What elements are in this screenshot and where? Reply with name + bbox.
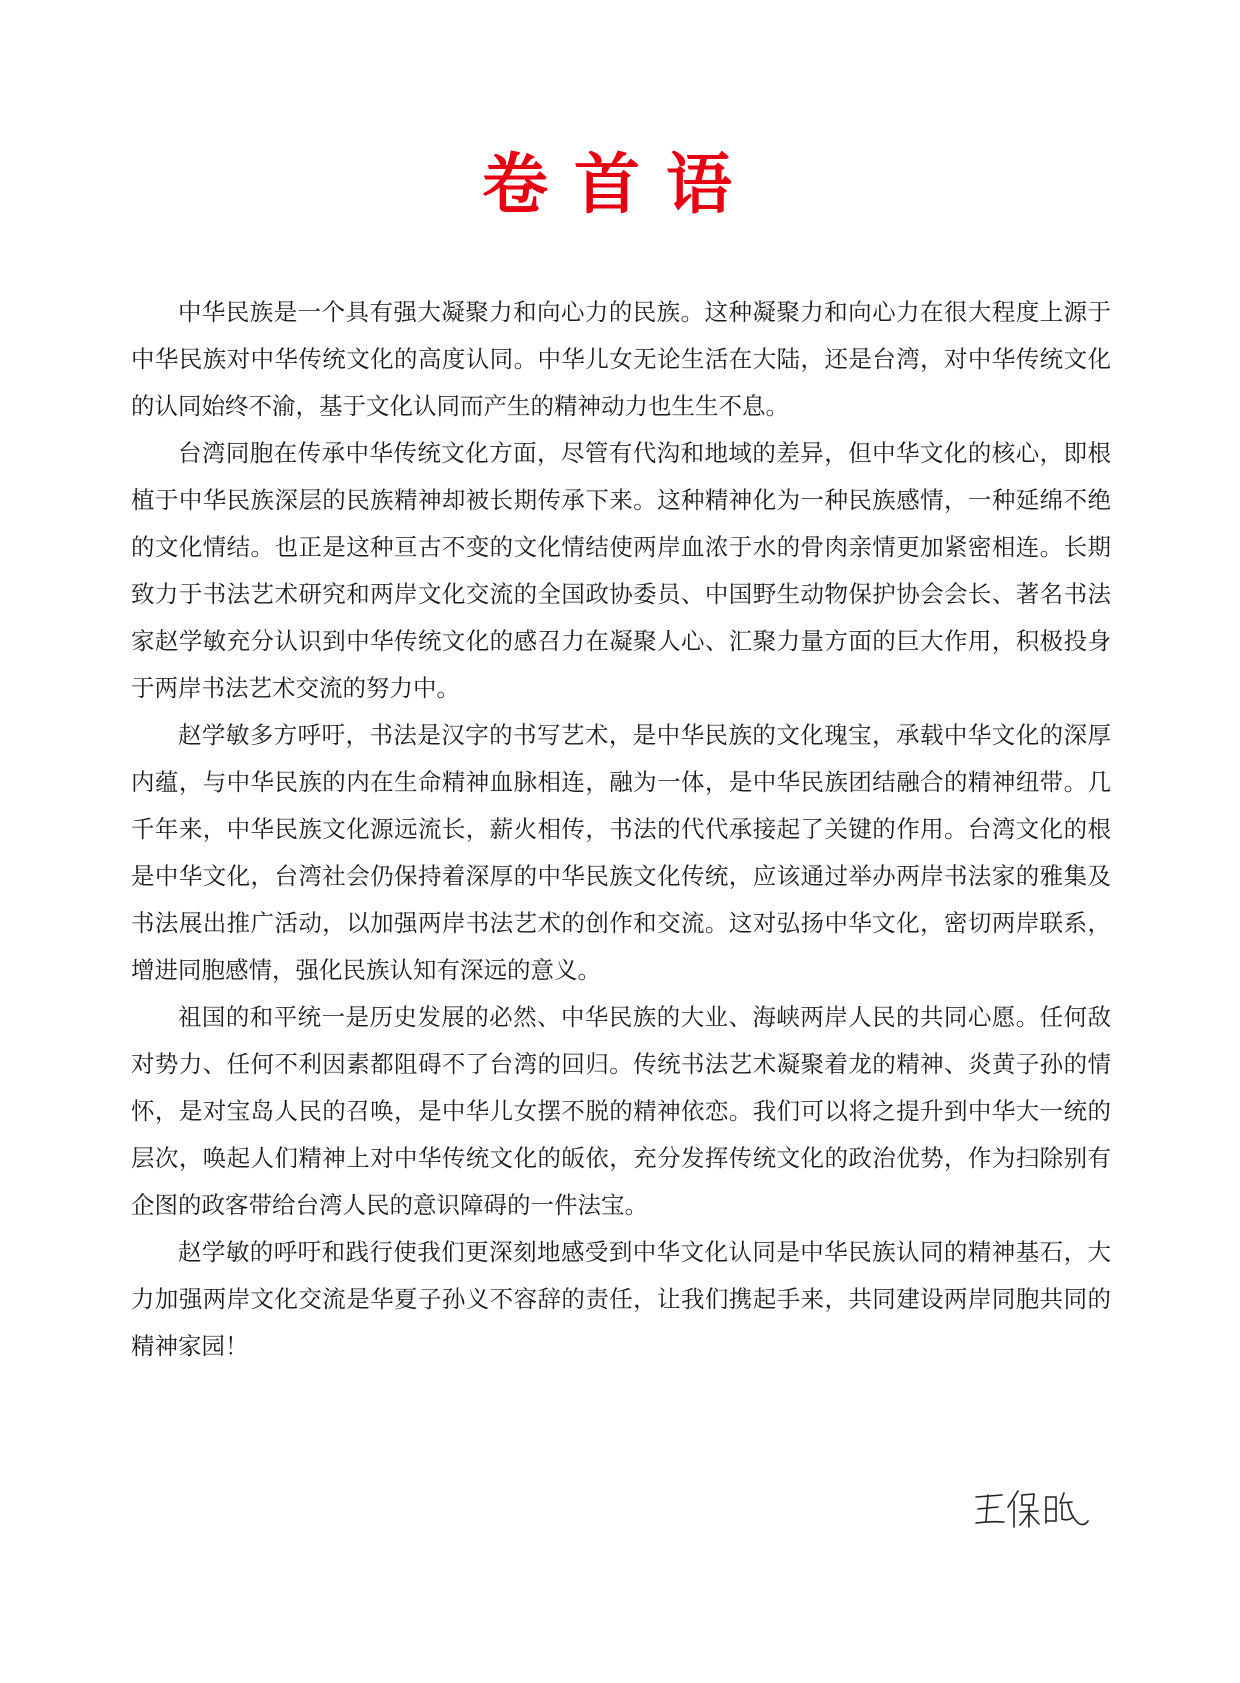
- page-title: 卷首语: [0, 140, 1240, 230]
- paragraph-5: 赵学敏的呼吁和践行使我们更深刻地感受到中华文化认同是中华民族认同的精神基石，大力…: [131, 1229, 1111, 1370]
- paragraph-4: 祖国的和平统一是历史发展的必然、中华民族的大业、海峡两岸人民的共同心愿。任何敌对…: [131, 994, 1111, 1229]
- handwritten-signature: [972, 1485, 1102, 1535]
- paragraph-1: 中华民族是一个具有强大凝聚力和向心力的民族。这种凝聚力和向心力在很大程度上源于中…: [131, 289, 1111, 430]
- signature-icon: [972, 1485, 1102, 1535]
- document-page: 卷首语 中华民族是一个具有强大凝聚力和向心力的民族。这种凝聚力和向心力在很大程度…: [0, 0, 1240, 1683]
- paragraph-3: 赵学敏多方呼吁，书法是汉字的书写艺术，是中华民族的文化瑰宝，承载中华文化的深厚内…: [131, 712, 1111, 994]
- paragraph-2: 台湾同胞在传承中华传统文化方面，尽管有代沟和地域的差异，但中华文化的核心，即根植…: [131, 430, 1111, 712]
- document-body: 中华民族是一个具有强大凝聚力和向心力的民族。这种凝聚力和向心力在很大程度上源于中…: [131, 289, 1111, 1370]
